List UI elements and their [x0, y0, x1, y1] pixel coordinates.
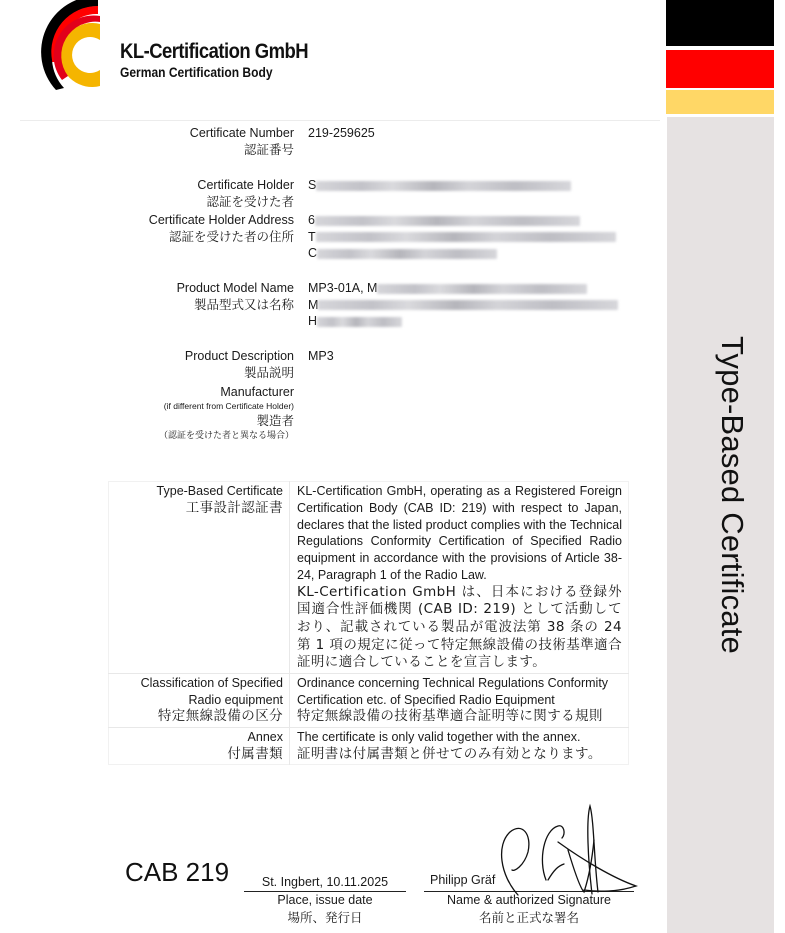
table-row: Type-Based Certificate 工事設計認証書 KL-Certif… [109, 482, 629, 674]
row-value-jp: KL-Certification GmbH は、日本における登録外国適合性評価機… [297, 584, 622, 672]
certificate-holder-label-jp: 認証を受けた者 [206, 194, 294, 211]
product-description-label-en: Product Description [185, 348, 294, 365]
certificate-holder-value: S [308, 177, 638, 194]
row-value-jp: 特定無線設備の技術基準適合証明等に関する規則 [297, 708, 622, 726]
holder-address-value: 6 T C [308, 212, 638, 262]
certificate-number-label-en: Certificate Number [190, 125, 294, 142]
handwritten-signature-icon [488, 800, 638, 900]
company-name: KL-Certification GmbH [120, 40, 308, 64]
redacted-text [318, 300, 618, 310]
certificate-number-value: 219-259625 [308, 125, 638, 142]
certificate-number-label: Certificate Number 認証番号 [40, 125, 294, 159]
certificate-holder-label: Certificate Holder 認証を受けた者 [40, 177, 294, 211]
model-line-3-prefix: H [308, 314, 317, 328]
holder-address-label: Certificate Holder Address 認証を受けた者の住所 [40, 212, 294, 246]
redacted-text [377, 284, 587, 294]
address-line-2-prefix: T [308, 230, 316, 244]
table-value: Ordinance concerning Technical Regulatio… [290, 673, 629, 727]
side-title: Type-Based Certificate [690, 336, 750, 666]
redacted-text [315, 216, 580, 226]
product-description-value: MP3 [308, 348, 638, 365]
holder-address-label-en: Certificate Holder Address [149, 212, 294, 229]
redacted-text [317, 317, 402, 327]
certificate-number-label-jp: 認証番号 [244, 142, 294, 159]
signatory-name: Philipp Gräf [430, 872, 495, 889]
address-line-3-prefix: C [308, 246, 317, 260]
row-key-en: Type-Based Certificate [115, 483, 283, 500]
model-line-2-prefix: M [308, 298, 318, 312]
row-value-en: KL-Certification GmbH, operating as a Re… [297, 483, 622, 584]
redacted-text [317, 249, 497, 259]
product-description-label: Product Description 製品説明 Manufacturer (i… [40, 348, 294, 448]
certificate-table: Type-Based Certificate 工事設計認証書 KL-Certif… [108, 481, 629, 765]
holder-prefix: S [308, 178, 316, 192]
place-date-label-en: Place, issue date [244, 891, 406, 909]
row-key-en: Classification of Specified Radio equipm… [115, 675, 283, 709]
holder-address-label-jp: 認証を受けた者の住所 [169, 229, 294, 246]
product-model-label-en: Product Model Name [177, 280, 294, 297]
arc-logo-icon [38, 0, 128, 90]
address-line-1-prefix: 6 [308, 213, 315, 227]
manufacturer-note-jp: （認証を受けた者と異なる場合） [159, 429, 294, 443]
flag-stripe-black [666, 0, 774, 46]
row-value-en: The certificate is only valid together w… [297, 729, 622, 746]
flag-stripe-red [666, 50, 774, 88]
place-date-value: St. Ingbert, 10.11.2025 [244, 874, 406, 891]
certificate-holder-label-en: Certificate Holder [197, 177, 294, 194]
row-key-jp: 工事設計認証書 [115, 500, 283, 518]
row-key-en: Annex [115, 729, 283, 746]
table-value: The certificate is only valid together w… [290, 727, 629, 764]
company-logo: KL-Certification GmbH German Certificati… [38, 0, 278, 90]
table-value: KL-Certification GmbH, operating as a Re… [290, 482, 629, 674]
table-key: Type-Based Certificate 工事設計認証書 [109, 482, 290, 674]
manufacturer-label-jp: 製造者 [256, 413, 294, 430]
product-model-label-jp: 製品型式又は名称 [194, 297, 294, 314]
place-date-block: St. Ingbert, 10.11.2025 Place, issue dat… [244, 874, 406, 926]
table-row: Classification of Specified Radio equipm… [109, 673, 629, 727]
redacted-text [316, 232, 616, 242]
table-row: Annex 付属書類 The certificate is only valid… [109, 727, 629, 764]
flag-stripe-gold [666, 90, 774, 114]
cab-id: CAB 219 [125, 857, 229, 888]
header-divider [20, 120, 660, 121]
signature-label-jp: 名前と正式な署名 [424, 909, 634, 926]
product-model-label: Product Model Name 製品型式又は名称 [40, 280, 294, 314]
table-key: Annex 付属書類 [109, 727, 290, 764]
row-value-jp: 証明書は付属書類と併せてのみ有効となります。 [297, 746, 622, 764]
row-value-en: Ordinance concerning Technical Regulatio… [297, 675, 622, 709]
product-model-visible: MP3-01A, M [308, 281, 377, 295]
manufacturer-note-en: (if different from Certificate Holder) [164, 399, 294, 413]
product-description-label-jp: 製品説明 [244, 365, 294, 382]
row-key-jp: 付属書類 [115, 746, 283, 764]
company-subtitle: German Certification Body [120, 64, 273, 80]
row-key-jp: 特定無線設備の区分 [115, 708, 283, 726]
product-model-value: MP3-01A, M M H [308, 280, 638, 330]
place-date-label-jp: 場所、発行日 [244, 909, 406, 926]
table-key: Classification of Specified Radio equipm… [109, 673, 290, 727]
redacted-text [316, 181, 571, 191]
